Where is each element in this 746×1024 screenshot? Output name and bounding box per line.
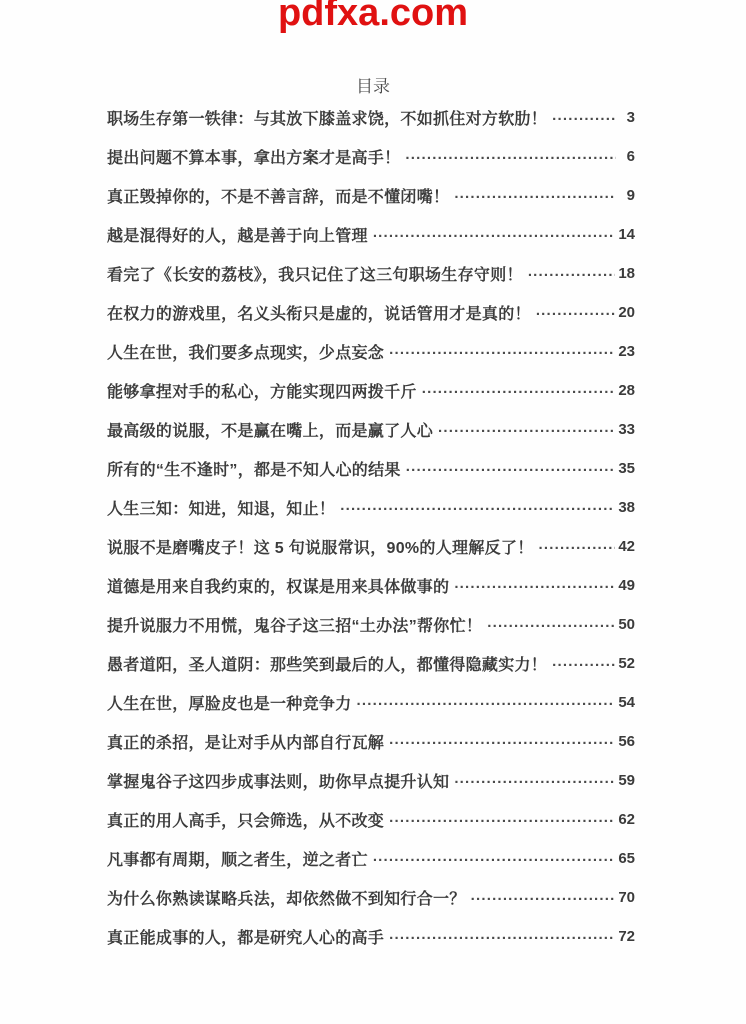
toc-entry: 看完了《长安的荔枝》，我只记住了这三句职场生存守则！ 18 — [107, 254, 635, 293]
dot-leader — [389, 926, 615, 943]
toc-entry-title: 人生在世，厚脸皮也是一种竞争力 — [107, 691, 352, 714]
dot-leader — [389, 731, 615, 748]
toc-entry-page-number: 42 — [618, 538, 635, 555]
toc-entry: 凡事都有周期，顺之者生，逆之者亡 65 — [107, 839, 635, 878]
dot-leader — [454, 770, 615, 787]
toc-entry: 真正的杀招，是让对手从内部自行瓦解 56 — [107, 722, 635, 761]
toc-entry: 真正的用人高手，只会筛选，从不改变 62 — [107, 800, 635, 839]
toc-entry-page-number: 20 — [618, 304, 635, 321]
toc-entry: 在权力的游戏里，名义头衔只是虚的，说话管用才是真的！ 20 — [107, 293, 635, 332]
dot-leader — [405, 146, 616, 163]
toc-entry-title: 人生在世，我们要多点现实，少点妄念 — [107, 340, 384, 363]
toc-entry-title: 看完了《长安的荔枝》，我只记住了这三句职场生存守则！ — [107, 262, 523, 285]
toc-entry-title: 最高级的说服，不是赢在嘴上，而是赢了人心 — [107, 418, 433, 441]
toc-entry-page-number: 52 — [618, 655, 635, 672]
toc-entry-page-number: 33 — [618, 421, 635, 438]
toc-entry-title: 真正能成事的人，都是研究人心的高手 — [107, 925, 384, 948]
toc-list: 职场生存第一铁律：与其放下膝盖求饶，不如抓住对方软肋！ 3 提出问题不算本事，拿… — [107, 98, 635, 956]
toc-entry-title: 愚者道阳，圣人道阴：那些笑到最后的人，都懂得隐藏实力！ — [107, 652, 547, 675]
dot-leader — [422, 380, 616, 397]
dot-leader — [340, 497, 615, 514]
dot-leader — [454, 575, 615, 592]
toc-entry-page-number: 49 — [618, 577, 635, 594]
toc-entry-page-number: 72 — [618, 928, 635, 945]
toc-entry-title: 真正毁掉你的，不是不善言辞，而是不懂闭嘴！ — [107, 184, 449, 207]
toc-entry-title: 职场生存第一铁律：与其放下膝盖求饶，不如抓住对方软肋！ — [107, 106, 547, 129]
toc-entry-title: 能够拿捏对手的私心，方能实现四两拨千斤 — [107, 379, 417, 402]
toc-entry-page-number: 18 — [618, 265, 635, 282]
toc-entry: 提出问题不算本事，拿出方案才是高手！ 6 — [107, 137, 635, 176]
toc-entry: 人生三知：知进，知退，知止！ 38 — [107, 488, 635, 527]
toc-entry-title: 真正的用人高手，只会筛选，从不改变 — [107, 808, 384, 831]
document-page: pdfxa.com 目录 职场生存第一铁律：与其放下膝盖求饶，不如抓住对方软肋！… — [0, 0, 746, 1024]
toc-entry-page-number: 35 — [618, 460, 635, 477]
toc-entry: 越是混得好的人，越是善于向上管理 14 — [107, 215, 635, 254]
dot-leader — [536, 302, 616, 319]
toc-entry-title: 为什么你熟读谋略兵法，却依然做不到知行合一？ — [107, 886, 466, 909]
dot-leader — [552, 653, 615, 670]
dot-leader — [528, 263, 616, 280]
toc-entry-page-number: 70 — [618, 889, 635, 906]
toc-entry-title: 提升说服力不用慌，鬼谷子这三招“土办法”帮你忙！ — [107, 613, 482, 636]
dot-leader — [357, 692, 616, 709]
dot-leader — [539, 536, 616, 553]
dot-leader — [471, 887, 616, 904]
toc-entry-page-number: 38 — [618, 499, 635, 516]
toc-entry-title: 人生三知：知进，知退，知止！ — [107, 496, 335, 519]
dot-leader — [454, 185, 616, 202]
watermark-text: pdfxa.com — [0, 0, 746, 33]
dot-leader — [373, 224, 616, 241]
toc-entry: 真正能成事的人，都是研究人心的高手 72 — [107, 917, 635, 956]
toc-entry-page-number: 54 — [618, 694, 635, 711]
toc-entry-title: 真正的杀招，是让对手从内部自行瓦解 — [107, 730, 384, 753]
toc-entry-page-number: 59 — [618, 772, 635, 789]
toc-entry: 掌握鬼谷子这四步成事法则，助你早点提升认知 59 — [107, 761, 635, 800]
toc-entry: 为什么你熟读谋略兵法，却依然做不到知行合一？ 70 — [107, 878, 635, 917]
toc-entry: 能够拿捏对手的私心，方能实现四两拨千斤 28 — [107, 371, 635, 410]
toc-entry-page-number: 28 — [618, 382, 635, 399]
toc-entry-title: 在权力的游戏里，名义头衔只是虚的，说话管用才是真的！ — [107, 301, 531, 324]
toc-entry-page-number: 56 — [618, 733, 635, 750]
toc-entry-title: 提出问题不算本事，拿出方案才是高手！ — [107, 145, 400, 168]
toc-entry: 愚者道阳，圣人道阴：那些笑到最后的人，都懂得隐藏实力！ 52 — [107, 644, 635, 683]
toc-entry: 人生在世，厚脸皮也是一种竞争力 54 — [107, 683, 635, 722]
toc-entry-title: 越是混得好的人，越是善于向上管理 — [107, 223, 368, 246]
toc-entry: 所有的“生不逢时”，都是不知人心的结果 35 — [107, 449, 635, 488]
toc-entry-page-number: 62 — [618, 811, 635, 828]
dot-leader — [373, 848, 616, 865]
toc-entry-title: 道德是用来自我约束的，权谋是用来具体做事的 — [107, 574, 449, 597]
toc-entry: 提升说服力不用慌，鬼谷子这三招“土办法”帮你忙！ 50 — [107, 605, 635, 644]
toc-entry-page-number: 23 — [618, 343, 635, 360]
dot-leader — [389, 341, 615, 358]
toc-entry-title: 凡事都有周期，顺之者生，逆之者亡 — [107, 847, 368, 870]
toc-entry: 最高级的说服，不是赢在嘴上，而是赢了人心 33 — [107, 410, 635, 449]
toc-entry: 道德是用来自我约束的，权谋是用来具体做事的 49 — [107, 566, 635, 605]
dot-leader — [438, 419, 615, 436]
toc-entry-page-number: 14 — [618, 226, 635, 243]
page-title: 目录 — [0, 72, 746, 97]
toc-entry-title: 说服不是磨嘴皮子！这 5 句说服常识，90%的人理解反了！ — [107, 535, 534, 558]
toc-entry: 真正毁掉你的，不是不善言辞，而是不懂闭嘴！ 9 — [107, 176, 635, 215]
dot-leader — [406, 458, 616, 475]
toc-entry-page-number: 6 — [619, 148, 635, 165]
toc-entry-page-number: 65 — [618, 850, 635, 867]
toc-entry-page-number: 50 — [618, 616, 635, 633]
toc-entry: 人生在世，我们要多点现实，少点妄念 23 — [107, 332, 635, 371]
toc-entry-page-number: 3 — [619, 109, 635, 126]
toc-entry-page-number: 9 — [619, 187, 635, 204]
toc-entry-title: 掌握鬼谷子这四步成事法则，助你早点提升认知 — [107, 769, 449, 792]
dot-leader — [552, 107, 616, 124]
dot-leader — [389, 809, 615, 826]
toc-entry: 职场生存第一铁律：与其放下膝盖求饶，不如抓住对方软肋！ 3 — [107, 98, 635, 137]
dot-leader — [487, 614, 615, 631]
toc-entry-title: 所有的“生不逢时”，都是不知人心的结果 — [107, 457, 401, 480]
toc-entry: 说服不是磨嘴皮子！这 5 句说服常识，90%的人理解反了！ 42 — [107, 527, 635, 566]
